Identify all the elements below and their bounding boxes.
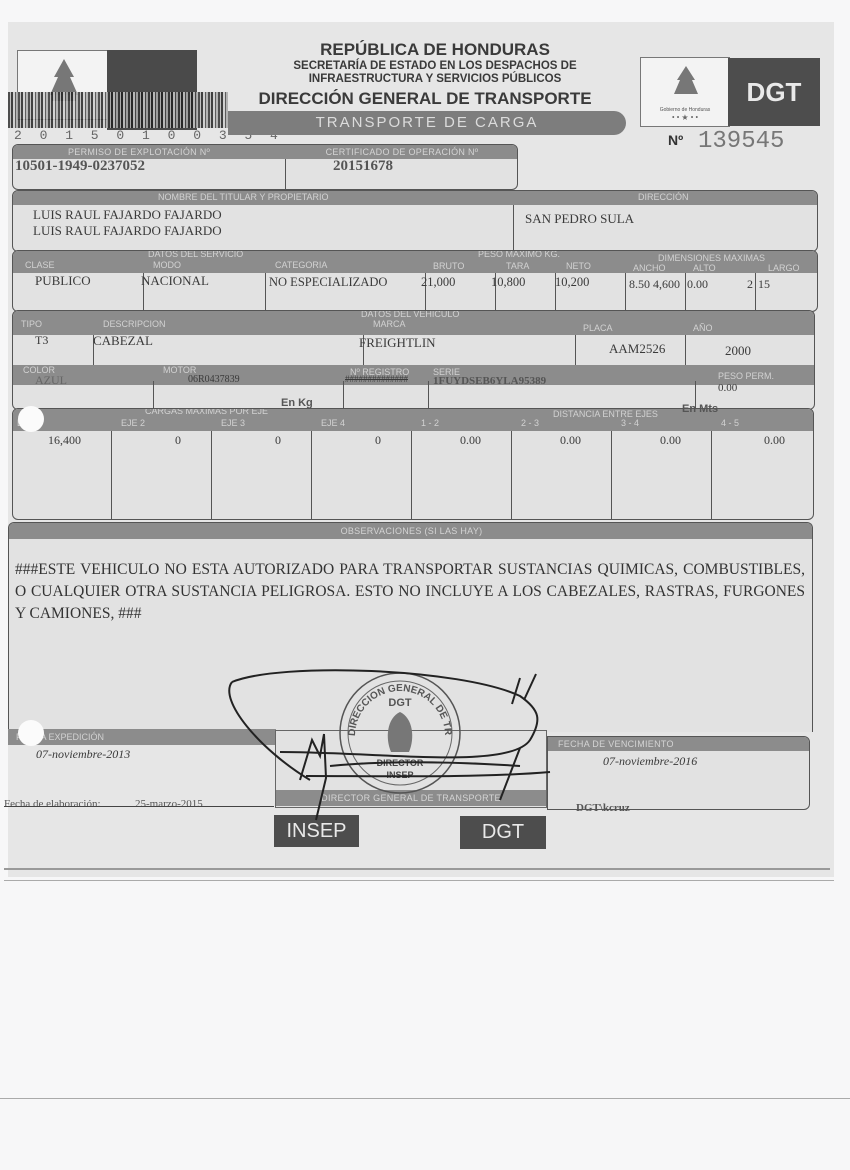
marca-label: MARCA	[373, 319, 406, 329]
tara-value: 10,800	[491, 275, 525, 290]
serie-value: 1FUYDSEB6YLA95389	[433, 375, 546, 387]
expedicion-value: 07-noviembre-2013	[36, 747, 130, 762]
ancho-label: ANCHO	[633, 263, 666, 273]
axle-label: 2 - 3	[521, 418, 539, 428]
axle-value: 0	[175, 433, 181, 448]
owner-box: NOMBRE DEL TITULAR Y PROPIETARIO DIRECCI…	[12, 190, 818, 252]
coat-of-arms-icon	[641, 58, 731, 102]
cargas-label: CARGAS MAXIMAS POR EJE	[145, 408, 268, 416]
axles-box: CARGAS MAXIMAS POR EJE DISTANCIA ENTRE E…	[12, 408, 814, 520]
permits-box: PERMISO DE EXPLOTACIÓN Nº CERTIFICADO DE…	[12, 144, 518, 190]
government-logo-right: Gobierno de Honduras • • ★ • •	[640, 57, 730, 127]
punch-hole-bottom	[18, 720, 44, 746]
punch-hole-top	[18, 406, 44, 432]
axle-value: 0	[275, 433, 281, 448]
peso-perm-label: PESO PERM.	[718, 371, 774, 381]
stars-row: • • ★ • •	[641, 113, 729, 122]
divider	[265, 273, 266, 312]
divider	[511, 431, 512, 520]
axle-label: 3 - 4	[621, 418, 639, 428]
address-value: SAN PEDRO SULA	[525, 211, 634, 227]
owner-label: NOMBRE DEL TITULAR Y PROPIETARIO	[158, 192, 329, 202]
vehicle-section-label: DATOS DEL VEHICULO	[361, 310, 459, 319]
tipo-value: T3	[35, 333, 48, 348]
user-code: DGT\kcruz	[576, 802, 630, 814]
anio-value: 2000	[725, 343, 751, 359]
alto-label: ALTO	[693, 263, 716, 273]
service-section-label: DATOS DEL SERVICIO	[148, 250, 243, 259]
dimensiones-label: DIMENSIONES MAXIMAS	[658, 253, 765, 263]
page-bottom-edge	[0, 1098, 850, 1099]
divider	[311, 431, 312, 520]
neto-value: 10,200	[555, 275, 589, 290]
divider	[211, 431, 212, 520]
placa-value: AAM2526	[609, 341, 665, 357]
serial-prefix: Nº	[668, 132, 683, 148]
divider	[711, 431, 712, 520]
tipo-label: TIPO	[21, 319, 42, 329]
modo-label: MODO	[153, 260, 181, 270]
registro-value: ##############	[345, 374, 408, 384]
bruto-value: 21,000	[421, 275, 455, 290]
titular-name: LUIS RAUL FAJARDO FAJARDO	[33, 207, 222, 223]
axle-label: EJE 2	[121, 418, 145, 428]
divider	[111, 431, 112, 520]
axle-value: 0.00	[560, 433, 581, 448]
elaboracion-label: Fecha de elaboración:	[4, 798, 101, 810]
axle-value: 16,400	[48, 433, 81, 448]
axle-value: 0	[375, 433, 381, 448]
divider	[685, 273, 686, 312]
largo-value: 15	[758, 277, 770, 292]
divider	[428, 381, 429, 410]
distancia-label: DISTANCIA ENTRE EJES	[553, 409, 658, 419]
largo-prefix: 2	[747, 277, 753, 292]
categoria-label: CATEGORIA	[275, 260, 327, 270]
axle-value: 0.00	[764, 433, 785, 448]
observations-label: OBSERVACIONES (SI LAS HAY)	[9, 523, 813, 539]
divider	[625, 273, 626, 312]
directorate-title: DIRECCIÓN GENERAL DE TRANSPORTE	[230, 89, 620, 109]
barcode	[8, 92, 228, 128]
anio-label: AÑO	[693, 323, 713, 333]
axle-value: 0.00	[660, 433, 681, 448]
permiso-label: PERMISO DE EXPLOTACIÓN Nº	[13, 145, 285, 159]
axle-label: 4 - 5	[721, 418, 739, 428]
observations-text: ###ESTE VEHICULO NO ESTA AUTORIZADO PARA…	[15, 559, 805, 625]
vencimiento-label: FECHA DE VENCIMIENTO	[548, 737, 810, 751]
divider	[575, 335, 576, 365]
modo-value: NACIONAL	[141, 273, 209, 289]
elaboracion-value: 25-marzo-2015	[135, 798, 203, 810]
document-type-banner: TRANSPORTE DE CARGA	[228, 111, 626, 135]
divider	[513, 205, 514, 252]
neto-label: NETO	[566, 261, 591, 271]
signature-icon	[220, 660, 580, 830]
dgt-badge-top: DGT	[728, 58, 820, 126]
permiso-value: 10501-1949-0237052	[15, 158, 145, 175]
serial-number: 139545	[698, 128, 784, 155]
clase-label: CLASE	[25, 260, 55, 270]
distancia-unit: En Mts	[682, 403, 718, 415]
divider	[343, 381, 344, 410]
country-title: REPÚBLICA DE HONDURAS	[230, 40, 640, 60]
cargas-unit: En Kg	[281, 397, 313, 409]
divider	[611, 431, 612, 520]
color-value: AZUL	[35, 373, 67, 388]
peso-perm-value: 0.00	[718, 382, 737, 394]
axle-label: EJE 4	[321, 418, 345, 428]
placa-label: PLACA	[583, 323, 613, 333]
ministry-line2: INFRAESTRUCTURA Y SERVICIOS PÚBLICOS	[230, 73, 640, 85]
vencimiento-box: FECHA DE VENCIMIENTO 07-noviembre-2016	[547, 736, 810, 810]
sheet-bottom-line	[4, 868, 830, 870]
divider	[755, 273, 756, 312]
divider	[685, 335, 686, 365]
divider	[153, 381, 154, 410]
vehicle-box: DATOS DEL VEHICULO TIPO DESCRIPCION MARC…	[12, 310, 815, 410]
ancho-value: 8.50 4,600	[629, 277, 680, 292]
service-box: DATOS DEL SERVICIO CLASE MODO CATEGORIA …	[12, 250, 818, 312]
tara-label: TARA	[506, 261, 529, 271]
address-label: DIRECCIÓN	[638, 192, 689, 202]
largo-label: LARGO	[768, 263, 800, 273]
sheet-bottom-line-2	[4, 880, 834, 881]
peso-label: PESO MÁXIMO KG.	[478, 250, 560, 259]
axle-label: EJE 3	[221, 418, 245, 428]
descripcion-value: CABEZAL	[93, 333, 153, 349]
marca-value: FREIGHTLIN	[359, 335, 436, 351]
descripcion-label: DESCRIPCION	[103, 319, 166, 329]
axle-label: 1 - 2	[421, 418, 439, 428]
certificado-value: 20151678	[333, 158, 393, 175]
categoria-value: NO ESPECIALIZADO	[269, 275, 387, 290]
divider	[285, 159, 286, 190]
motor-value: 06R0437839	[188, 374, 240, 385]
propietario-name: LUIS RAUL FAJARDO FAJARDO	[33, 223, 222, 239]
alto-value: 0.00	[687, 277, 708, 292]
ministry-line1: SECRETARÍA DE ESTADO EN LOS DESPACHOS DE	[230, 60, 640, 72]
axle-value: 0.00	[460, 433, 481, 448]
divider	[411, 431, 412, 520]
certificado-label: CERTIFICADO DE OPERACIÓN Nº	[285, 145, 518, 159]
owner-label-bar	[13, 191, 818, 205]
vencimiento-value: 07-noviembre-2016	[603, 754, 697, 769]
clase-value: PUBLICO	[35, 273, 91, 289]
bruto-label: BRUTO	[433, 261, 464, 271]
